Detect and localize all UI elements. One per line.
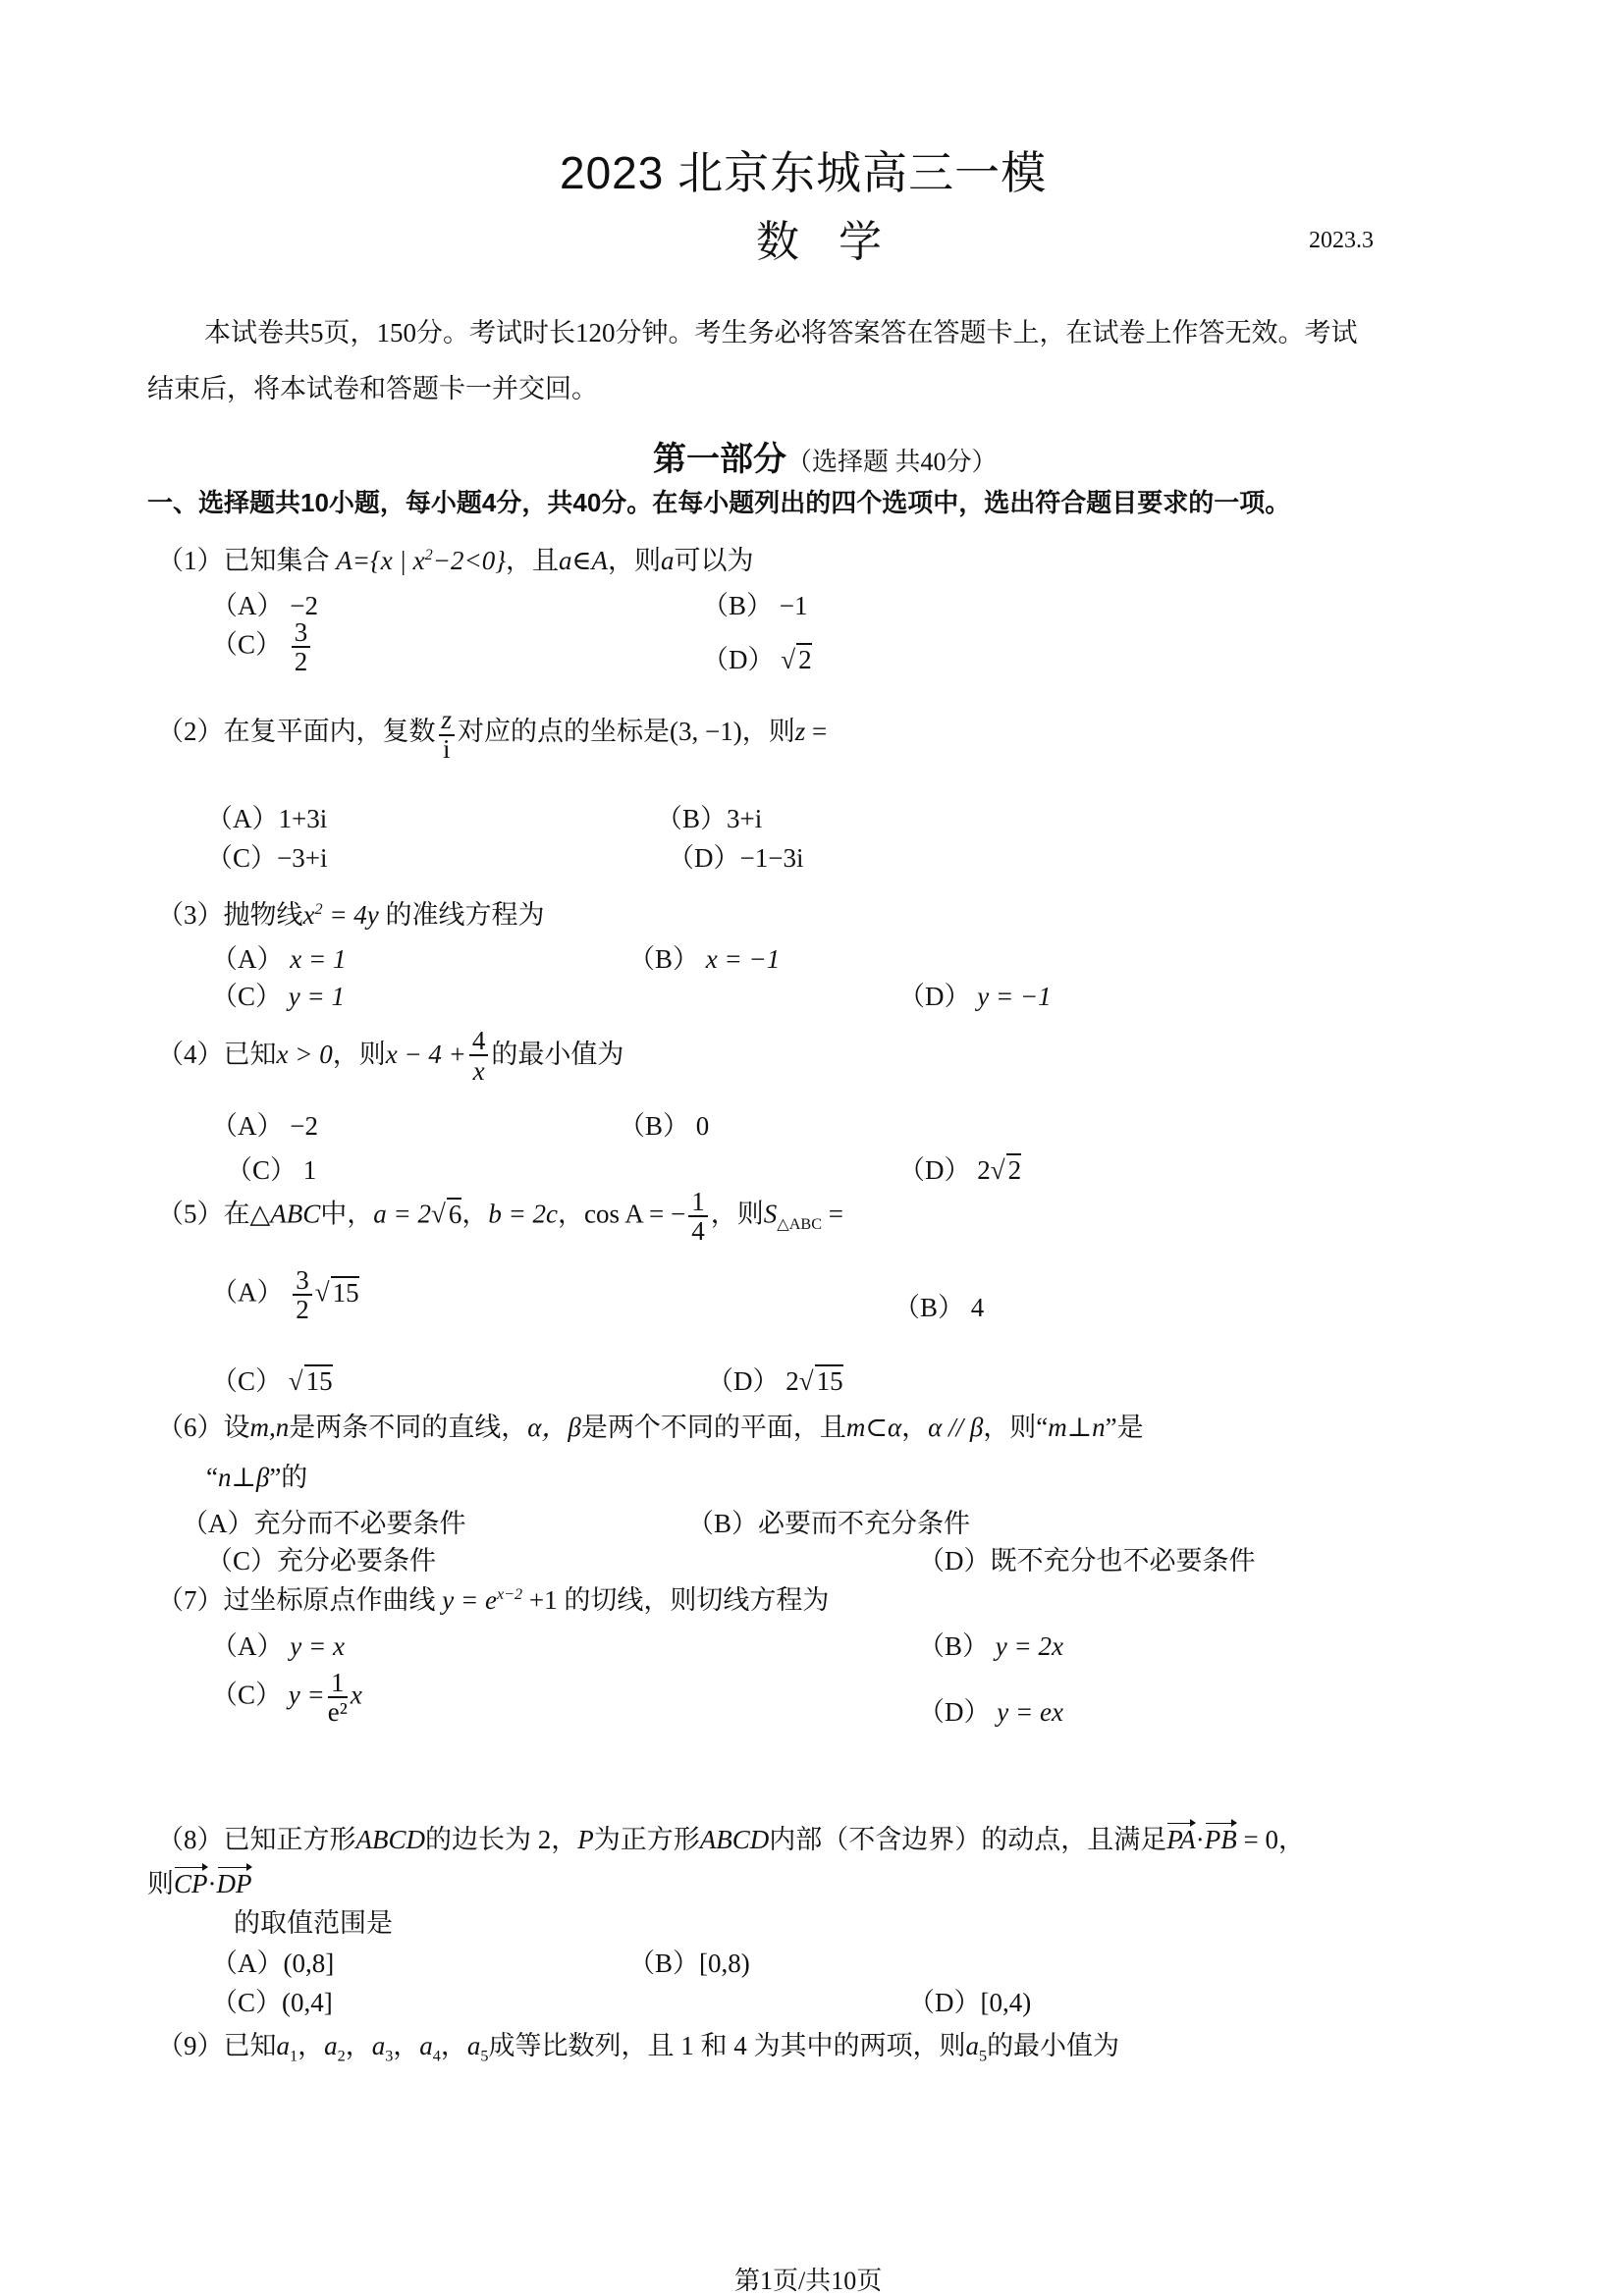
math-sup: 2 xyxy=(425,546,433,563)
stem-text: 的切线，则切线方程为 xyxy=(564,1585,829,1615)
option-label: （D） xyxy=(702,645,775,674)
vector-cp: CP xyxy=(174,1869,208,1899)
math-expr: x − 4 + xyxy=(386,1040,466,1069)
option-value: (0,4] xyxy=(282,1988,333,2017)
stem-text: ， xyxy=(901,1413,928,1442)
page-indicator: 第1页/共10页 xyxy=(734,2261,882,2296)
exam-title: 2023 北京东城高三一模 xyxy=(560,137,1047,202)
option-label: （B） xyxy=(918,1631,989,1661)
option-6-d[interactable]: （D）既不充分也不必要条件 xyxy=(918,1539,1256,1577)
math-expr: a = 2 xyxy=(373,1200,431,1229)
math-sub: 4 xyxy=(433,2047,441,2064)
vector-pa: PA xyxy=(1166,1825,1196,1855)
option-label: （C） xyxy=(211,1681,282,1710)
math-text: y = e xyxy=(442,1585,497,1615)
question-number: （2） xyxy=(157,717,224,746)
option-label: （B） xyxy=(893,1293,964,1322)
coefficient: 2 xyxy=(785,1366,799,1396)
stem-text: ”是 xyxy=(1106,1413,1144,1442)
math-var: ABCD xyxy=(700,1825,770,1854)
option-label: （A） xyxy=(206,804,279,833)
option-3-c[interactable]: （C） y = 1 xyxy=(211,975,345,1013)
option-value: y = ex xyxy=(997,1697,1063,1727)
question-number: （7） xyxy=(157,1585,224,1615)
option-value: −2 xyxy=(290,591,318,620)
fraction: 1e² xyxy=(328,1669,348,1727)
math-cond: x > 0 xyxy=(277,1040,333,1069)
option-2-b[interactable]: （B）3+i xyxy=(656,797,762,835)
question-8-stem-line-2: 则CP·DP xyxy=(147,1862,252,1900)
question-number: （5） xyxy=(157,1200,224,1229)
dot-operator: · xyxy=(1196,1825,1205,1854)
option-value: −1 xyxy=(780,591,808,620)
stem-text: = xyxy=(822,1200,843,1229)
option-value: x = −1 xyxy=(706,944,780,974)
stem-text: ， xyxy=(461,1200,488,1229)
question-8-stem: （8）已知正方形ABCD的边长为 2，P为正方形ABCD内部（不含边界）的动点，… xyxy=(157,1818,1305,1856)
math-text: A={x | x xyxy=(336,546,424,575)
option-4-a[interactable]: （A） −2 xyxy=(211,1104,318,1143)
stem-text: 在复平面内，复数 xyxy=(224,717,436,746)
math-var: a xyxy=(965,2031,979,2060)
stem-text: 是两个不同的平面，且 xyxy=(581,1413,846,1442)
numerator: 3 xyxy=(293,1266,312,1296)
stem-text: 已知正方形 xyxy=(224,1825,356,1854)
option-label: （D） xyxy=(898,1155,971,1185)
sqrt-radicand: 6 xyxy=(447,1198,462,1229)
math-var: ABC xyxy=(270,1200,320,1229)
math-text: y = xyxy=(289,1681,325,1710)
math-cond: a∈A xyxy=(559,546,608,575)
stem-text: 已知集合 xyxy=(224,546,330,575)
fraction: 32 xyxy=(293,1266,312,1324)
option-4-b[interactable]: （B） 0 xyxy=(619,1104,709,1143)
stem-text: = 0， xyxy=(1237,1825,1305,1854)
numerator: z xyxy=(439,705,456,736)
option-8-d[interactable]: （D）[0,4) xyxy=(908,1981,1031,2019)
stem-text: 为正方形 xyxy=(594,1825,700,1854)
option-value: 0 xyxy=(696,1111,710,1141)
stem-text: 的边长为 2， xyxy=(425,1825,577,1854)
math-expr: x2 = 4y xyxy=(303,900,379,930)
option-value: 3+i xyxy=(727,804,762,833)
separator: ， xyxy=(441,2031,467,2060)
option-label: （C） xyxy=(211,630,282,660)
option-7-a[interactable]: （A） y = x xyxy=(211,1625,345,1663)
fraction: 32 xyxy=(292,618,311,676)
math-var: S xyxy=(764,1200,778,1229)
option-value: [0,8) xyxy=(699,1949,750,1978)
section-instruction: 一、选择题共10小题，每小题4分，共40分。在每小题列出的四个选项中，选出符合题… xyxy=(147,483,1290,519)
subject-title: 数学 xyxy=(756,206,921,269)
stem-text: 内部（不含边界）的动点，且满足 xyxy=(769,1825,1166,1854)
option-4-d[interactable]: （D） 2√2 xyxy=(898,1148,1021,1187)
option-value: 1+3i xyxy=(279,804,328,833)
math-expr: m⊂α xyxy=(846,1413,901,1442)
option-value: −2 xyxy=(290,1111,318,1141)
stem-text: 已知 xyxy=(224,1040,277,1069)
stem-text: 的最小值为 xyxy=(987,2031,1119,2060)
option-value: [0,4) xyxy=(981,1988,1032,2017)
stem-text: 已知 xyxy=(224,2031,277,2060)
option-6-b[interactable]: （B）必要而不充分条件 xyxy=(687,1502,970,1540)
math-text: = 4y xyxy=(323,900,379,930)
option-label: （B） xyxy=(687,1509,758,1538)
option-label: （D） xyxy=(918,1546,991,1575)
denominator: 2 xyxy=(292,648,311,675)
stem-text: ，则 xyxy=(742,717,795,746)
math-text: +1 xyxy=(522,1585,557,1615)
option-label: （C） xyxy=(206,1546,277,1575)
intro-line-1: 本试卷共5页，150分。考试时长120分钟。考生务必将答案答在答题卡上，在试卷上… xyxy=(204,320,1358,347)
option-6-a[interactable]: （A）充分而不必要条件 xyxy=(182,1502,466,1540)
math-sup: 2 xyxy=(314,900,322,918)
option-label: （A） xyxy=(211,1278,284,1308)
question-1-stem: （1）已知集合 A={x | x2−2<0}，且a∈A，则a可以为 xyxy=(157,539,753,577)
option-7-d[interactable]: （D） y = ex xyxy=(918,1690,1063,1729)
option-label: （C） xyxy=(211,1366,282,1396)
math-var: a xyxy=(372,2031,386,2060)
math-text: −2<0} xyxy=(433,546,506,575)
option-label: （C） xyxy=(211,982,282,1011)
math-sub: 5 xyxy=(979,2047,987,2064)
exam-date: 2023.3 xyxy=(1309,228,1374,254)
sqrt-radicand: 2 xyxy=(1006,1153,1022,1185)
option-label: （C） xyxy=(211,1988,282,2017)
part-heading: 第一部分（选择题 共40分） xyxy=(653,432,998,480)
stem-text: = xyxy=(805,717,827,746)
option-value: −3+i xyxy=(277,843,327,873)
option-1-d[interactable]: （D） √2 xyxy=(702,638,812,676)
numerator: 1 xyxy=(328,1669,348,1698)
stem-text: 可以为 xyxy=(674,546,753,575)
stem-text: 过坐标原点作曲线 xyxy=(224,1585,436,1615)
question-number: （3） xyxy=(157,900,224,930)
stem-text: 则 xyxy=(147,1869,174,1898)
option-value: y = −1 xyxy=(977,982,1051,1011)
math-var: α，β xyxy=(527,1413,581,1442)
option-value: 充分而不必要条件 xyxy=(254,1509,466,1538)
option-7-b[interactable]: （B） y = 2x xyxy=(918,1625,1063,1663)
sqrt-radicand: 2 xyxy=(796,643,812,674)
separator: ， xyxy=(393,2031,419,2060)
option-2-a[interactable]: （A）1+3i xyxy=(206,797,327,835)
option-8-b[interactable]: （B）[0,8) xyxy=(628,1942,750,1980)
option-label: （A） xyxy=(211,944,284,974)
option-label: （D） xyxy=(707,1366,780,1396)
stem-text: 对应的点的坐标是 xyxy=(458,717,670,746)
math-var: a xyxy=(661,546,675,575)
option-label: （B） xyxy=(656,804,727,833)
stem-text: ”的 xyxy=(269,1463,307,1492)
math-expr: cos A = − xyxy=(584,1200,685,1229)
option-1-b[interactable]: （B） −1 xyxy=(702,584,808,622)
math-sup: x−2 xyxy=(497,1585,522,1603)
math-sub: 2 xyxy=(338,2047,346,2064)
option-value: x = 1 xyxy=(290,944,346,974)
question-number: （8） xyxy=(157,1825,224,1854)
math-expr: α // β xyxy=(928,1413,983,1442)
option-value: 1 xyxy=(303,1155,317,1185)
stem-text: ，且 xyxy=(506,546,559,575)
option-3-b[interactable]: （B） x = −1 xyxy=(628,937,780,976)
option-8-c[interactable]: （C）(0,4] xyxy=(211,1981,333,2019)
question-8-stem-line-3: 的取值范围是 xyxy=(234,1901,393,1940)
option-5-a[interactable]: （A） 32√15 xyxy=(211,1266,359,1324)
option-label: （D） xyxy=(918,1697,991,1727)
option-value: 充分必要条件 xyxy=(277,1546,436,1575)
math-var: m,n xyxy=(250,1413,290,1442)
question-number: （9） xyxy=(157,2031,224,2060)
option-value: y = x xyxy=(290,1631,345,1661)
option-value: y = 1 xyxy=(289,982,345,1011)
question-4-stem: （4）已知x > 0，则x − 4 +4x的最小值为 xyxy=(157,1027,623,1087)
math-var: z xyxy=(795,717,806,746)
denominator: x xyxy=(473,1056,485,1086)
denominator: e² xyxy=(328,1698,348,1726)
question-9-stem: （9）已知a1，a2，a3，a4，a5成等比数列，且 1 和 4 为其中的两项，… xyxy=(157,2024,1119,2065)
question-6-stem: （6）设m,n是两条不同的直线，α，β是两个不同的平面，且m⊂α，α // β，… xyxy=(157,1406,1144,1444)
option-value: −1−3i xyxy=(740,843,804,873)
vector-dp: DP xyxy=(217,1869,252,1899)
option-label: （A） xyxy=(211,1949,284,1978)
option-2-c[interactable]: （C）−3+i xyxy=(206,836,327,875)
stem-text: ，则 xyxy=(333,1040,386,1069)
numerator: 4 xyxy=(469,1027,489,1056)
sqrt-radicand: 15 xyxy=(304,1364,333,1396)
stem-text: 抛物线 xyxy=(224,900,303,930)
coefficient: 2 xyxy=(977,1155,991,1185)
option-5-c[interactable]: （C） √15 xyxy=(211,1360,333,1398)
separator: ， xyxy=(298,2031,324,2060)
question-2-stem: （2）在复平面内，复数zi对应的点的坐标是(3, −1)，则z = xyxy=(157,705,827,763)
math-var: a xyxy=(324,2031,338,2060)
math-sub: 1 xyxy=(290,2047,298,2064)
option-8-a[interactable]: （A）(0,8] xyxy=(211,1942,334,1980)
option-label: （A） xyxy=(211,1631,284,1661)
option-3-a[interactable]: （A） x = 1 xyxy=(211,937,346,976)
option-label: （C） xyxy=(226,1155,297,1185)
question-number: （1） xyxy=(157,546,224,575)
question-number: （6） xyxy=(157,1413,224,1442)
math-var: a xyxy=(419,2031,433,2060)
option-value: y = 2x xyxy=(996,1631,1063,1661)
stem-text: 在△ xyxy=(224,1200,271,1229)
fraction: 14 xyxy=(688,1188,708,1246)
math-expr: b = 2c xyxy=(488,1200,558,1229)
option-label: （C） xyxy=(206,843,277,873)
stem-text: 成等比数列，且 1 和 4 为其中的两项，则 xyxy=(488,2031,965,2060)
stem-text: 的准线方程为 xyxy=(379,900,545,930)
option-label: （B） xyxy=(628,944,699,974)
math-var: ABCD xyxy=(356,1825,426,1854)
question-7-stem: （7）过坐标原点作曲线 y = ex−2 +1 的切线，则切线方程为 xyxy=(157,1578,829,1617)
numerator: 3 xyxy=(292,618,311,648)
stem-text: “ xyxy=(206,1463,218,1492)
option-7-c[interactable]: （C） y =1e²x xyxy=(211,1669,362,1727)
denominator: 2 xyxy=(293,1296,312,1323)
sqrt-radicand: 15 xyxy=(815,1364,843,1396)
math-text: x xyxy=(351,1681,362,1710)
option-label: （D） xyxy=(898,982,971,1011)
stem-text: 是两条不同的直线， xyxy=(289,1413,527,1442)
option-value: (0,8] xyxy=(284,1949,335,1978)
fraction: 4x xyxy=(469,1027,489,1087)
math-var: a xyxy=(277,2031,291,2060)
numerator: 1 xyxy=(688,1188,708,1217)
part-subtitle: （选择题 共40分） xyxy=(786,448,998,476)
option-value: 既不充分也不必要条件 xyxy=(991,1546,1256,1575)
stem-text: 中， xyxy=(320,1200,373,1229)
math-expr: n⊥β xyxy=(218,1463,269,1492)
part-title: 第一部分 xyxy=(653,441,786,478)
stem-text: 设 xyxy=(224,1413,250,1442)
math-var: a xyxy=(467,2031,481,2060)
math-coord: (3, −1) xyxy=(670,717,742,746)
option-label: （B） xyxy=(619,1111,689,1141)
option-2-d[interactable]: （D）−1−3i xyxy=(668,836,803,875)
sqrt-radicand: 15 xyxy=(331,1276,359,1308)
stem-text: ，则 xyxy=(711,1200,764,1229)
math-set: A={x | x2−2<0} xyxy=(336,546,506,575)
question-number: （4） xyxy=(157,1040,224,1069)
option-4-c[interactable]: （C） 1 xyxy=(226,1148,316,1187)
dot-operator: · xyxy=(208,1869,217,1898)
denominator: i xyxy=(439,735,456,763)
stem-text: ，则 xyxy=(608,546,661,575)
option-5-d[interactable]: （D） 2√15 xyxy=(707,1360,843,1398)
question-5-stem: （5）在△ABC中，a = 2√6，b = 2c，cos A = −14，则S△… xyxy=(157,1188,843,1246)
stem-text: ， xyxy=(558,1200,584,1229)
intro-line-2: 结束后，将本试卷和答题卡一并交回。 xyxy=(147,376,598,402)
question-6-stem-line-2: “n⊥β”的 xyxy=(206,1456,307,1494)
option-3-d[interactable]: （D） y = −1 xyxy=(898,975,1052,1013)
vector-pb: PB xyxy=(1205,1825,1237,1855)
denominator: 4 xyxy=(688,1217,708,1245)
option-label: （B） xyxy=(628,1949,699,1978)
separator: ， xyxy=(346,2031,372,2060)
option-6-c[interactable]: （C）充分必要条件 xyxy=(206,1539,436,1577)
fraction: zi xyxy=(439,705,456,763)
option-label: （A） xyxy=(182,1509,254,1538)
stem-text: 的最小值为 xyxy=(491,1040,623,1069)
math-text: x xyxy=(303,900,315,930)
math-var: P xyxy=(577,1825,594,1854)
option-1-c[interactable]: （C） 32 xyxy=(211,618,313,676)
option-value: 必要而不充分条件 xyxy=(758,1509,970,1538)
option-label: （A） xyxy=(211,1111,284,1141)
option-label: （D） xyxy=(668,843,740,873)
math-expr: m⊥n xyxy=(1048,1413,1105,1442)
option-label: （D） xyxy=(908,1988,981,2017)
stem-text: ，则“ xyxy=(983,1413,1048,1442)
option-value: 4 xyxy=(971,1293,985,1322)
question-3-stem: （3）抛物线x2 = 4y 的准线方程为 xyxy=(157,893,545,932)
option-5-b[interactable]: （B） 4 xyxy=(893,1286,984,1324)
math-sub: △ABC xyxy=(777,1215,822,1233)
option-label: （B） xyxy=(702,591,773,620)
option-label: （A） xyxy=(211,591,284,620)
math-expr: y = ex−2 xyxy=(442,1585,522,1615)
